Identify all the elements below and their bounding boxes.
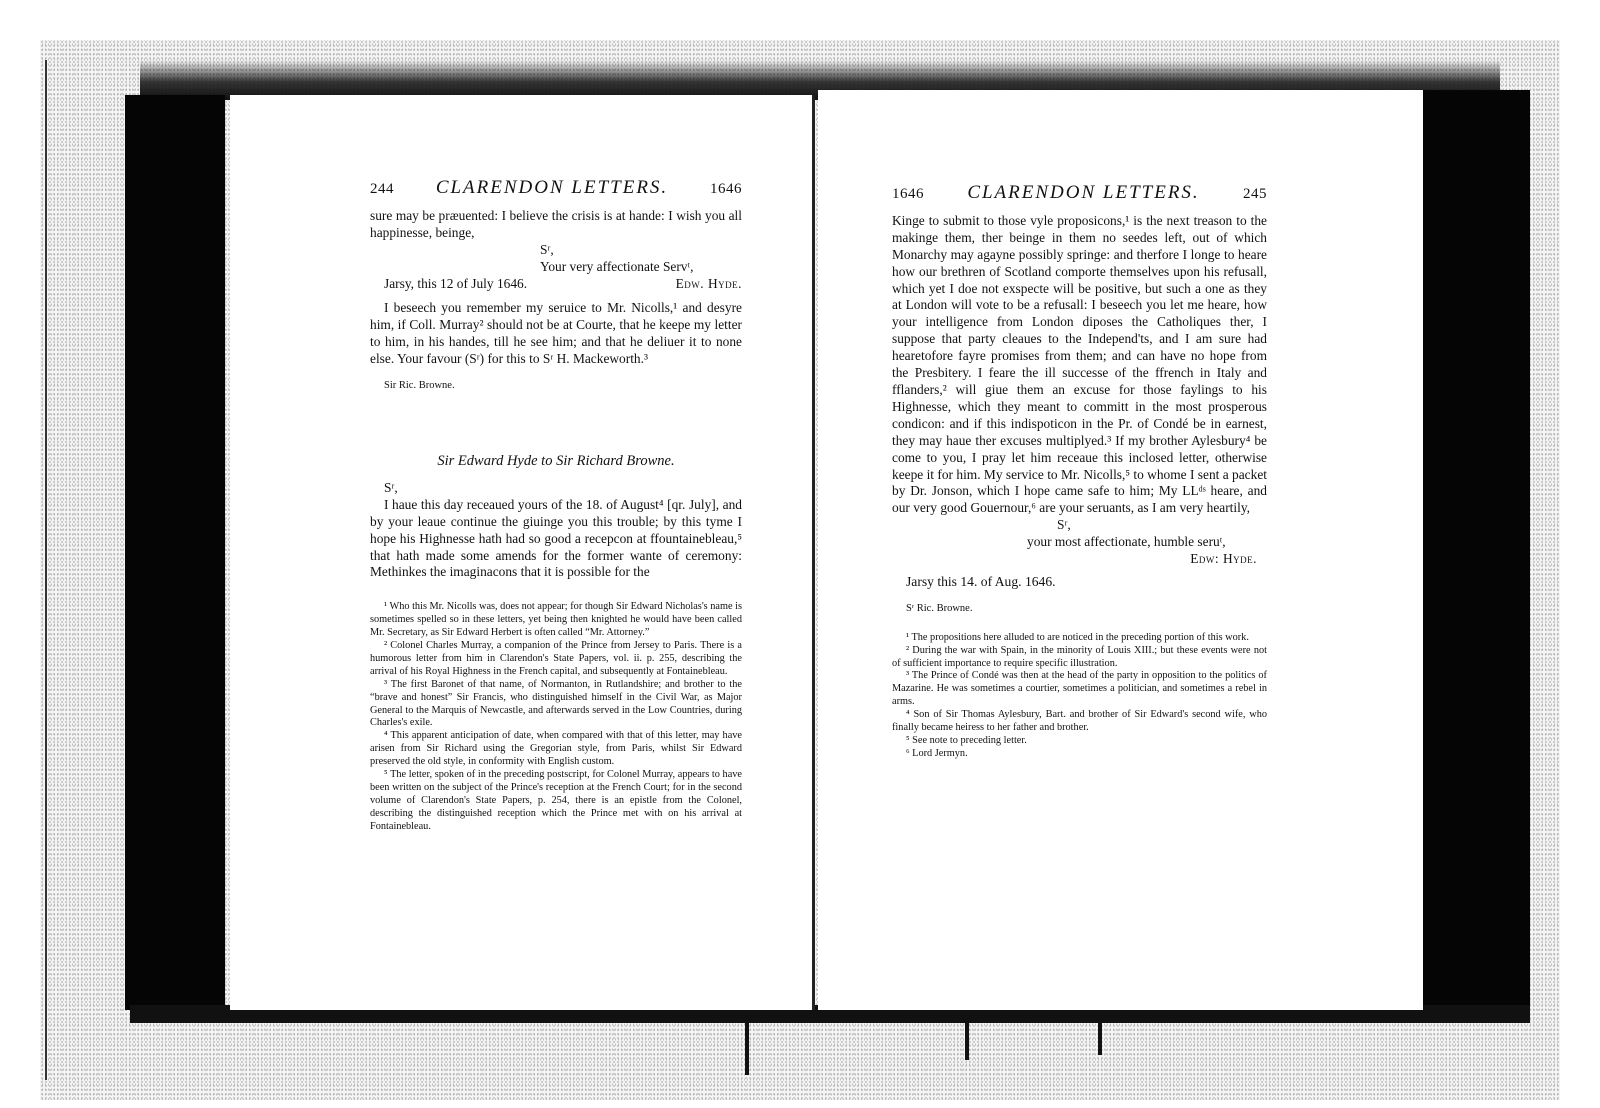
letter-body: I haue this day receaued yours of the 18… [370, 497, 742, 582]
footnote: ⁶ Lord Jermyn. [892, 748, 1267, 761]
signature: Edw: Hyde. [892, 551, 1267, 568]
letter-date: Jarsy, this 12 of July 1646. [384, 276, 527, 293]
closing-salutation: Sʳ, [370, 242, 742, 259]
book-gutter [812, 95, 815, 1010]
letter-salutation: Sʳ, [370, 480, 742, 497]
left-running-head: 244 CLARENDON LETTERS. 1646 [370, 180, 742, 198]
right-footnotes: ¹ The propositions here alluded to are n… [892, 632, 1267, 761]
scan-edge-line [45, 60, 47, 1080]
running-title: CLARENDON LETTERS. [436, 180, 668, 197]
footnote: ² During the war with Spain, in the mino… [892, 645, 1267, 671]
right-running-head: 1646 CLARENDON LETTERS. 245 [892, 185, 1267, 203]
clip-center [965, 1015, 969, 1060]
running-year: 1646 [710, 181, 742, 198]
closing-line: your most affectionate, humble seruᵗ, [892, 534, 1267, 551]
footnote: ¹ The propositions here alluded to are n… [892, 632, 1267, 645]
clip-left [745, 1015, 749, 1075]
book-cover-right-edge [1420, 90, 1530, 1010]
closing-line: Your very affectionate Servᵗ, [370, 259, 742, 276]
footnote: ¹ Who this Mr. Nicolls was, does not app… [370, 601, 742, 640]
signature: Edw. Hyde. [676, 276, 742, 293]
left-page-text: 244 CLARENDON LETTERS. 1646 sure may be … [370, 180, 742, 834]
addressee: Sir Ric. Browne. [370, 378, 742, 395]
running-title: CLARENDON LETTERS. [967, 185, 1199, 202]
running-year: 1646 [892, 186, 924, 203]
footnote: ³ The Prince of Condé was then at the he… [892, 670, 1267, 709]
addressee: Sʳ Ric. Browne. [892, 601, 1267, 618]
footnote: ² Colonel Charles Murray, a companion of… [370, 640, 742, 679]
left-footnotes: ¹ Who this Mr. Nicolls was, does not app… [370, 601, 742, 833]
page-number: 244 [370, 181, 394, 198]
footnote: ⁴ Son of Sir Thomas Aylesbury, Bart. and… [892, 709, 1267, 735]
footnote: ⁴ This apparent anticipation of date, wh… [370, 730, 742, 769]
postscript: I beseech you remember my seruice to Mr.… [370, 300, 742, 368]
footnote: ⁵ See note to preceding letter. [892, 735, 1267, 748]
continuation-text: sure may be præuented: I believe the cri… [370, 208, 742, 242]
footnote: ⁵ The letter, spoken of in the preceding… [370, 769, 742, 834]
footnote: ³ The first Baronet of that name, of Nor… [370, 679, 742, 731]
date-signature-line: Jarsy, this 12 of July 1646. Edw. Hyde. [370, 276, 742, 293]
page-number: 245 [1243, 186, 1267, 203]
clip-right [1098, 1015, 1102, 1055]
letter-body: Kinge to submit to those vyle proposicon… [892, 213, 1267, 517]
closing-salutation: Sʳ, [892, 517, 1267, 534]
book-cover-left-edge [125, 95, 225, 1010]
right-page-text: 1646 CLARENDON LETTERS. 245 Kinge to sub… [892, 185, 1267, 761]
letter-date: Jarsy this 14. of Aug. 1646. [892, 574, 1267, 591]
letter-heading: Sir Edward Hyde to Sir Richard Browne. [370, 453, 742, 470]
